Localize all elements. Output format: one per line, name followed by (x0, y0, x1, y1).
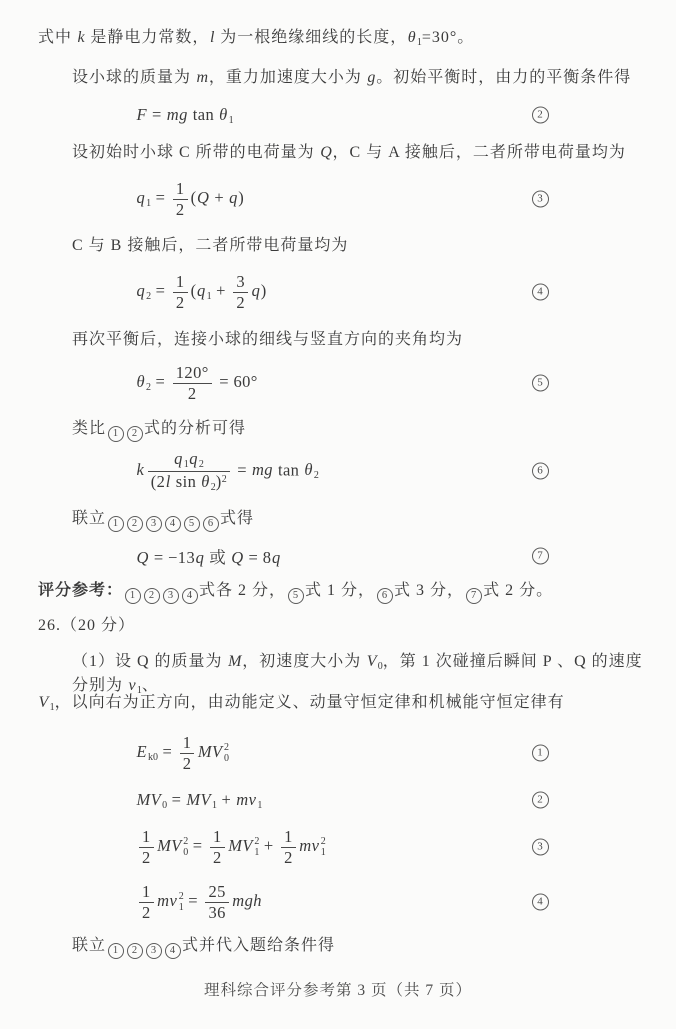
paragraph-charge-after-contact-a: 设初始时小球 C 所带的电荷量为 Q，C 与 A 接触后，二者所带电荷量均为 (72, 141, 654, 165)
circled-number: 4 (182, 588, 198, 604)
circled-number: 1 (108, 426, 124, 442)
paragraph-text: 联立1234式并代入题给条件得 (72, 937, 335, 954)
paragraph-26-setup-line2: V1，以向右为正方向，由动能定义、动量守恒定律和机械能守恒定律有 (38, 691, 654, 715)
equation-number: 3 (532, 191, 549, 208)
equation-number: 4 (532, 894, 549, 911)
paragraph-equilibrium-setup: 设小球的质量为 m，重力加速度大小为 g。初始平衡时，由力的平衡条件得 (72, 66, 654, 90)
paragraph-text: 评分参考：1234式各 2 分，5式 1 分，6式 3 分，7式 2 分。 (38, 582, 553, 599)
equation-number: 2 (532, 792, 549, 809)
equation-energy-conservation: 12MV20 = 12MV21 + 12mv21 3 (136, 822, 654, 872)
equation-q-solutions: Q = −13q 或 Q = 8q 7 (136, 541, 654, 571)
circled-number: 1 (108, 516, 124, 532)
circled-number: 2 (127, 943, 143, 959)
paragraph-text: 联立123456式得 (72, 510, 254, 527)
paragraph-text: 类比12式的分析可得 (72, 420, 246, 437)
equation-height-relation: 12mv21 = 2536mgh 4 (136, 876, 654, 928)
equation-force-balance: F = mg tan θ1 2 (136, 100, 654, 130)
equation-theta2: θ2 = 120°2 = 60° 5 (136, 356, 654, 410)
circled-number: 4 (165, 516, 181, 532)
equation-content: 12MV20 = 12MV21 + 12mv21 (136, 827, 326, 868)
circled-number: 3 (146, 943, 162, 959)
paragraph-combine-1-to-6: 联立123456式得 (72, 507, 654, 532)
equation-content: MV0 = MV1 + mv1 (136, 790, 262, 811)
equation-number: 2 (532, 107, 549, 124)
equation-number: 4 (532, 284, 549, 301)
paragraph-rebalance: 再次平衡后，连接小球的细线与竖直方向的夹角均为 (72, 328, 654, 352)
scoring-reference: 评分参考：1234式各 2 分，5式 1 分，6式 3 分，7式 2 分。 (38, 579, 654, 604)
equation-number: 3 (532, 839, 549, 856)
equation-number: 1 (532, 745, 549, 762)
equation-q1: q1 = 12(Q + q) 3 (136, 173, 654, 225)
paragraph-text: 设小球的质量为 m，重力加速度大小为 g。初始平衡时，由力的平衡条件得 (72, 69, 631, 86)
equation-number: 5 (532, 375, 549, 392)
circled-number: 5 (288, 588, 304, 604)
equation-content: q2 = 12(q1 + 32q) (136, 272, 267, 313)
circled-number: 6 (203, 516, 219, 532)
paragraph-analogy: 类比12式的分析可得 (72, 417, 654, 442)
equation-content: kq1q2(2l sin θ2)2 = mg tan θ2 (136, 449, 319, 494)
circled-number: 3 (163, 588, 179, 604)
circled-number: 6 (377, 588, 393, 604)
circled-number: 4 (165, 943, 181, 959)
paragraph-text: （1）设 Q 的质量为 M，初速度大小为 V0，第 1 次碰撞后瞬间 P 、Q … (72, 653, 643, 694)
equation-content: Q = −13q 或 Q = 8q (136, 544, 281, 568)
circled-number: 3 (146, 516, 162, 532)
scanned-exam-answer-page: { "page": { "background_color": "#fbfbfa… (0, 0, 676, 1029)
equation-content: 12mv21 = 2536mgh (136, 882, 262, 923)
circled-number: 1 (108, 943, 124, 959)
circled-number: 2 (127, 426, 143, 442)
paragraph-contact-b: C 与 B 接触后，二者所带电荷量均为 (72, 234, 654, 258)
equation-number: 6 (532, 463, 549, 480)
paragraph-text: 设初始时小球 C 所带的电荷量为 Q，C 与 A 接触后，二者所带电荷量均为 (72, 144, 626, 161)
footer-text: 理科综合评分参考第 3 页（共 7 页） (204, 982, 472, 999)
circled-number: 2 (127, 516, 143, 532)
circled-number: 1 (125, 588, 141, 604)
equation-momentum-conservation: MV0 = MV1 + mv1 2 (136, 786, 654, 814)
paragraph-text: 式中 k 是静电力常数，l 为一根绝缘细线的长度，θ1=30°。 (38, 29, 474, 46)
paragraph-combine-26: 联立1234式并代入题给条件得 (72, 934, 654, 959)
circled-number: 7 (466, 588, 482, 604)
paragraph-text: V1，以向右为正方向，由动能定义、动量守恒定律和机械能守恒定律有 (38, 694, 565, 711)
equation-content: Ek0 = 12MV20 (136, 733, 229, 774)
problem-26-header: 26.（20 分） (38, 614, 654, 638)
equation-number: 7 (532, 548, 549, 565)
equation-content: F = mg tan θ1 (136, 105, 234, 126)
paragraph-text: 26.（20 分） (38, 617, 135, 634)
paragraph-text: 再次平衡后，连接小球的细线与竖直方向的夹角均为 (72, 331, 463, 348)
equation-content: q1 = 12(Q + q) (136, 179, 244, 220)
equation-coulomb-balance: kq1q2(2l sin θ2)2 = mg tan θ2 6 (136, 442, 654, 500)
equation-q2: q2 = 12(q1 + 32q) 4 (136, 266, 654, 318)
paragraph-text: C 与 B 接触后，二者所带电荷量均为 (72, 237, 348, 254)
paragraph-constants: 式中 k 是静电力常数，l 为一根绝缘细线的长度，θ1=30°。 (38, 26, 654, 50)
equation-content: θ2 = 120°2 = 60° (136, 363, 258, 404)
circled-number: 5 (184, 516, 200, 532)
equation-kinetic-energy: Ek0 = 12MV20 1 (136, 728, 654, 778)
page-footer: 理科综合评分参考第 3 页（共 7 页） (0, 978, 676, 1000)
circled-number: 2 (144, 588, 160, 604)
